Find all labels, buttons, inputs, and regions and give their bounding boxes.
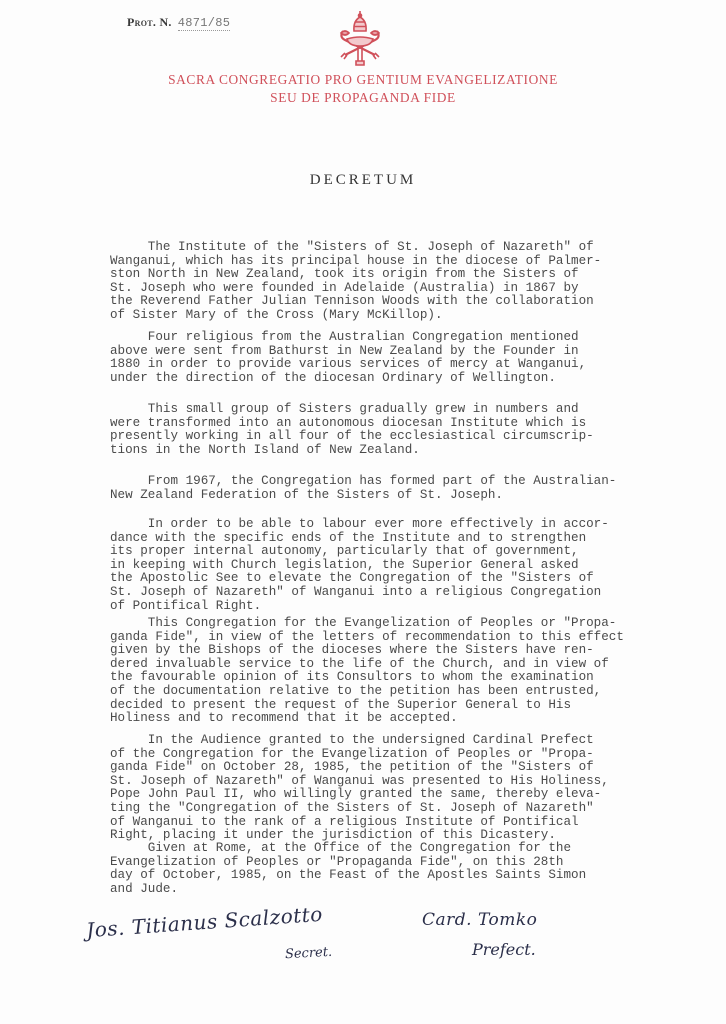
decree-page: Prot. N.4871/85 SACRA CONGRE — [0, 0, 726, 1024]
paragraph-request: In order to be able to labour ever more … — [110, 518, 650, 613]
paragraph-growth: This small group of Sisters gradually gr… — [110, 403, 650, 457]
protocol-label: Prot. N. — [127, 15, 172, 29]
prefect-title: Prefect. — [472, 940, 536, 959]
paragraph-federation: From 1967, the Congregation has formed p… — [110, 475, 650, 502]
protocol-number-line: Prot. N.4871/85 — [127, 15, 230, 30]
paragraph-given-at-rome: Given at Rome, at the Office of the Cong… — [110, 842, 650, 896]
paragraph-founding-wanganui: Four religious from the Australian Congr… — [110, 331, 650, 385]
prefect-signature: Card. Tomko — [422, 910, 537, 930]
paragraph-audience: In the Audience granted to the undersign… — [110, 734, 650, 843]
paragraph-recommendation: This Congregation for the Evangelization… — [110, 617, 650, 726]
congregation-name-line1: SACRA CONGREGATIO PRO GENTIUM EVANGELIZA… — [0, 72, 726, 88]
protocol-number: 4871/85 — [178, 16, 231, 31]
document-title: DECRETUM — [0, 172, 726, 189]
paragraph-origin: The Institute of the "Sisters of St. Jos… — [110, 241, 650, 323]
secretary-signature: Jos. Titianus Scalzotto — [85, 902, 323, 942]
congregation-name-line2: SEU DE PROPAGANDA FIDE — [0, 90, 726, 106]
secretary-title: Secret. — [285, 945, 333, 962]
papal-coat-of-arms-icon — [335, 9, 385, 67]
